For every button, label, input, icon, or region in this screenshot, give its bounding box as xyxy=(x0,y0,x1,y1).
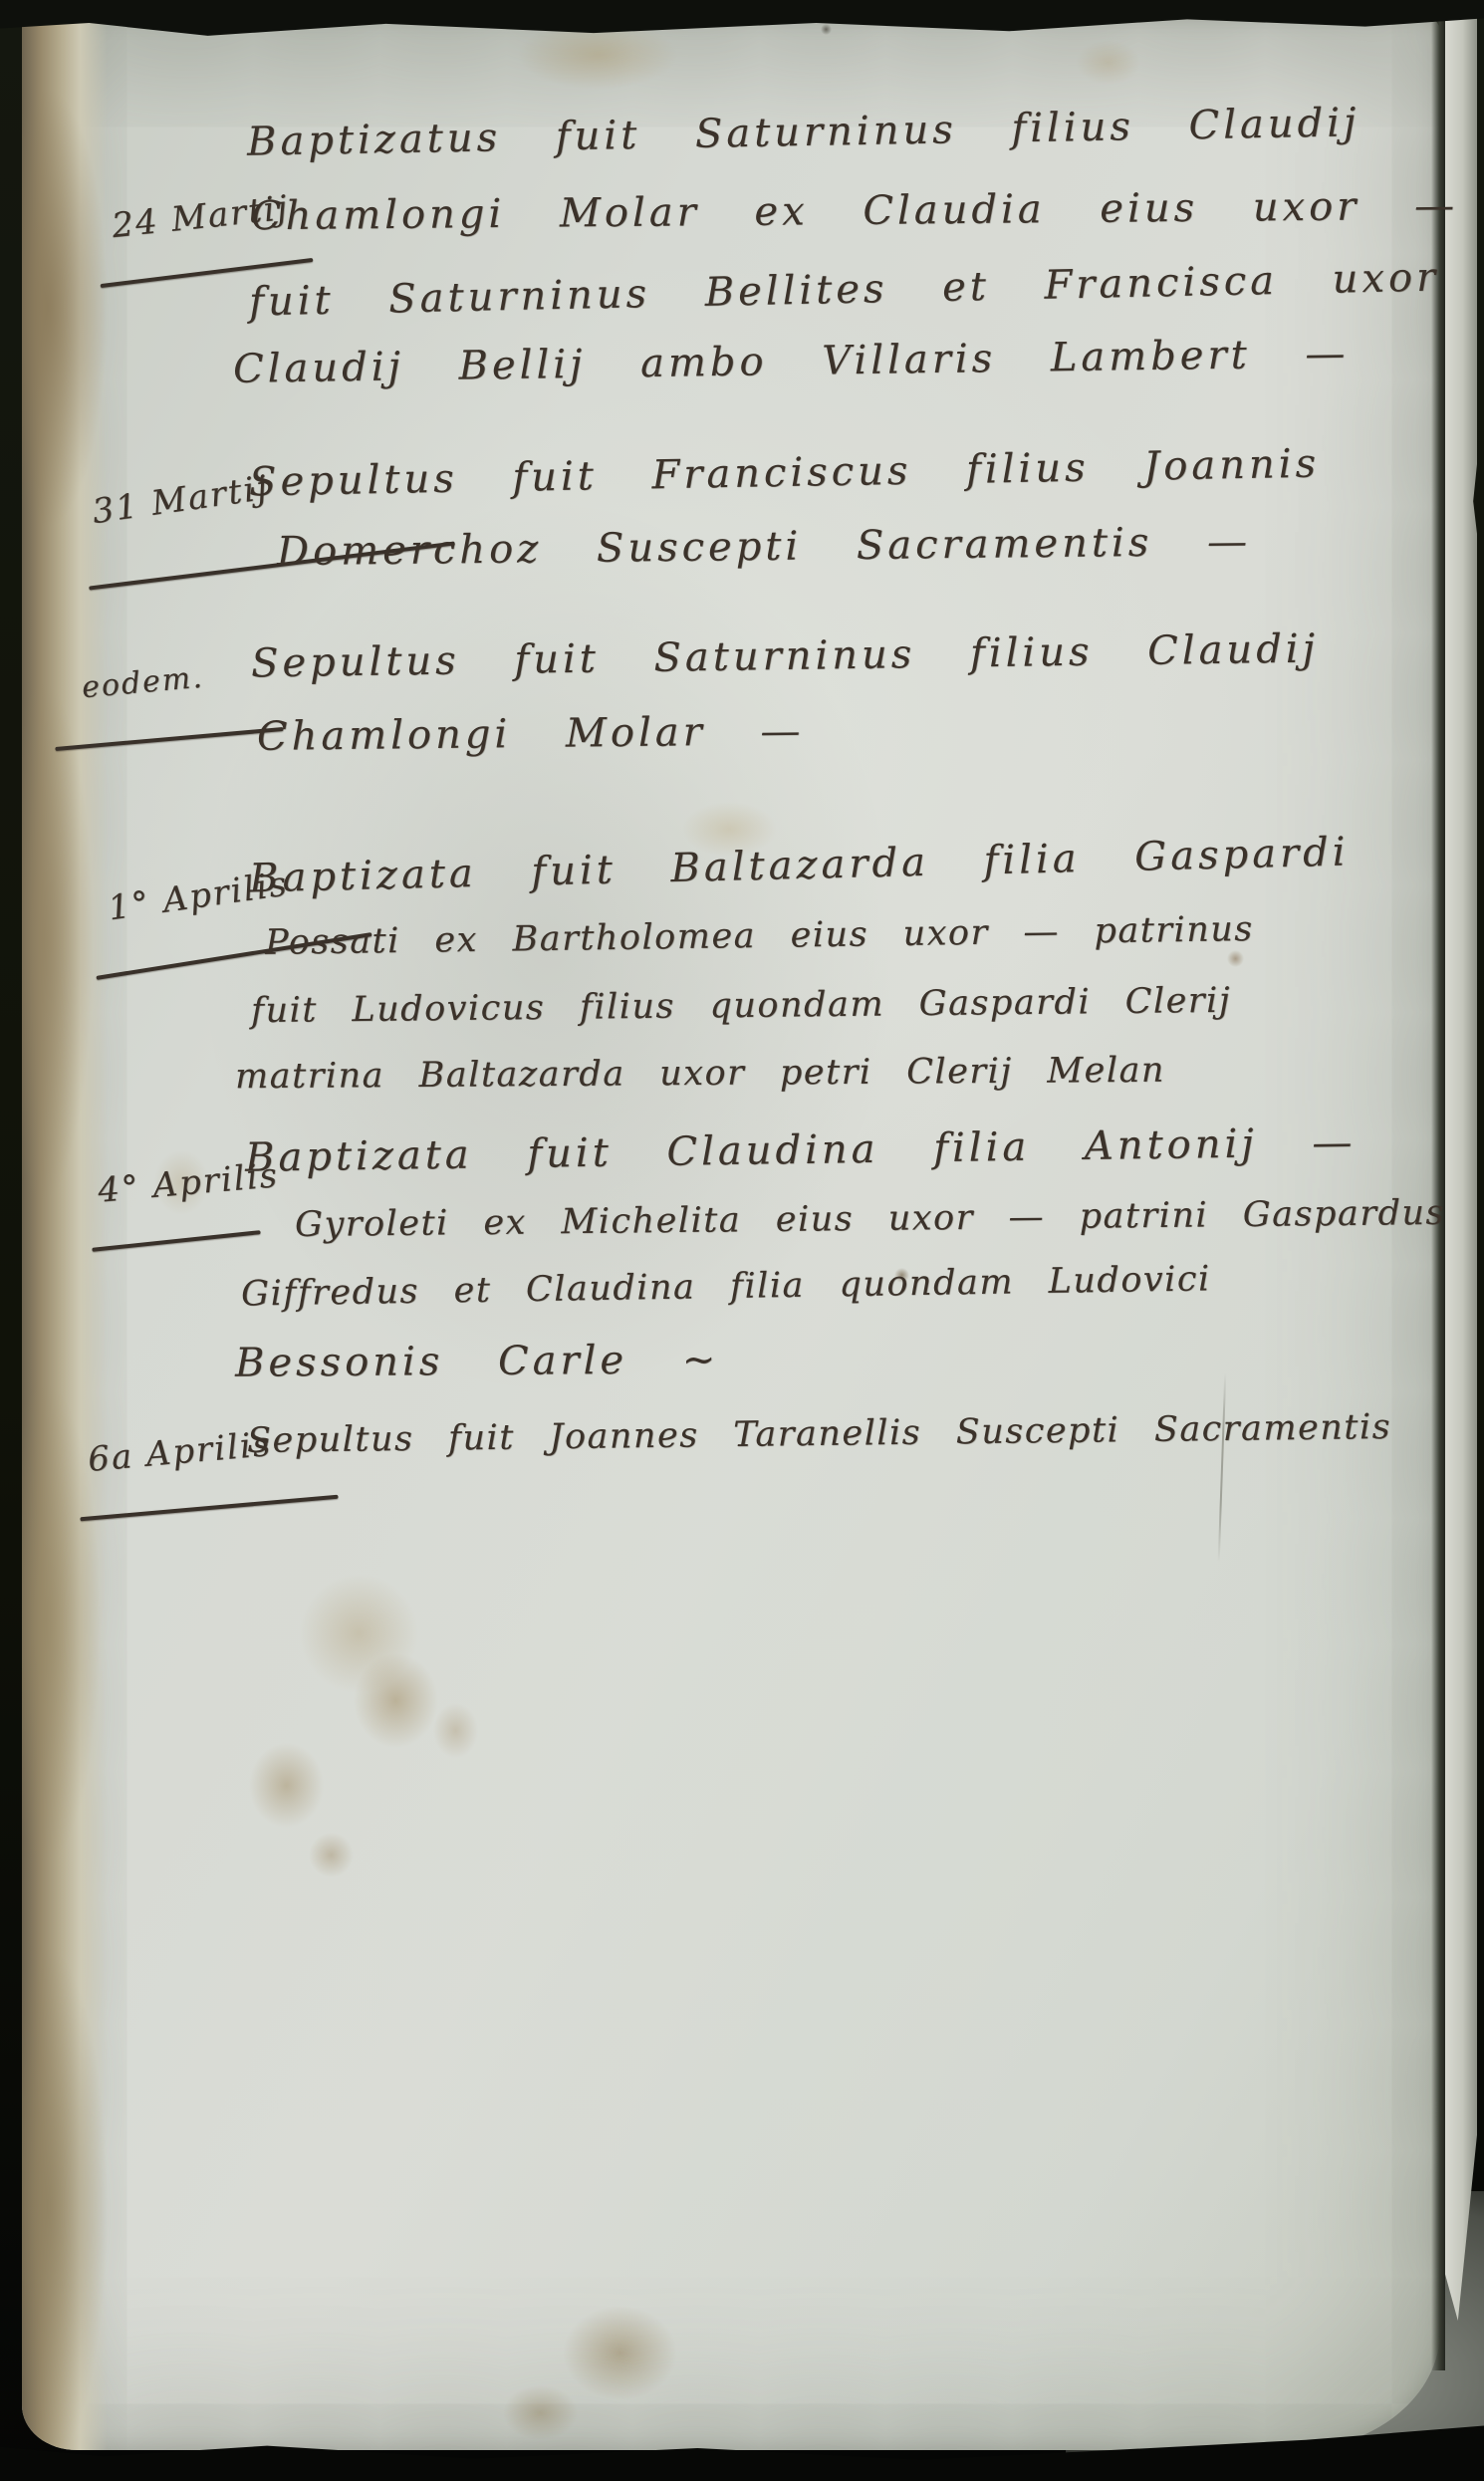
record-line: matrina Baltazarda uxor petri Clerij Mel… xyxy=(235,1051,1165,1098)
manuscript-scan: 24 Martij Baptizatus fuit Saturninus fil… xyxy=(0,0,1484,2481)
underlying-pages-edge xyxy=(1445,0,1477,2321)
deckle-edge-left xyxy=(22,16,108,2450)
record-line: Bessonis Carle ~ xyxy=(235,1337,720,1385)
page-gutter xyxy=(1431,0,1445,2370)
record-line: Chamlongi Molar — xyxy=(257,708,805,760)
